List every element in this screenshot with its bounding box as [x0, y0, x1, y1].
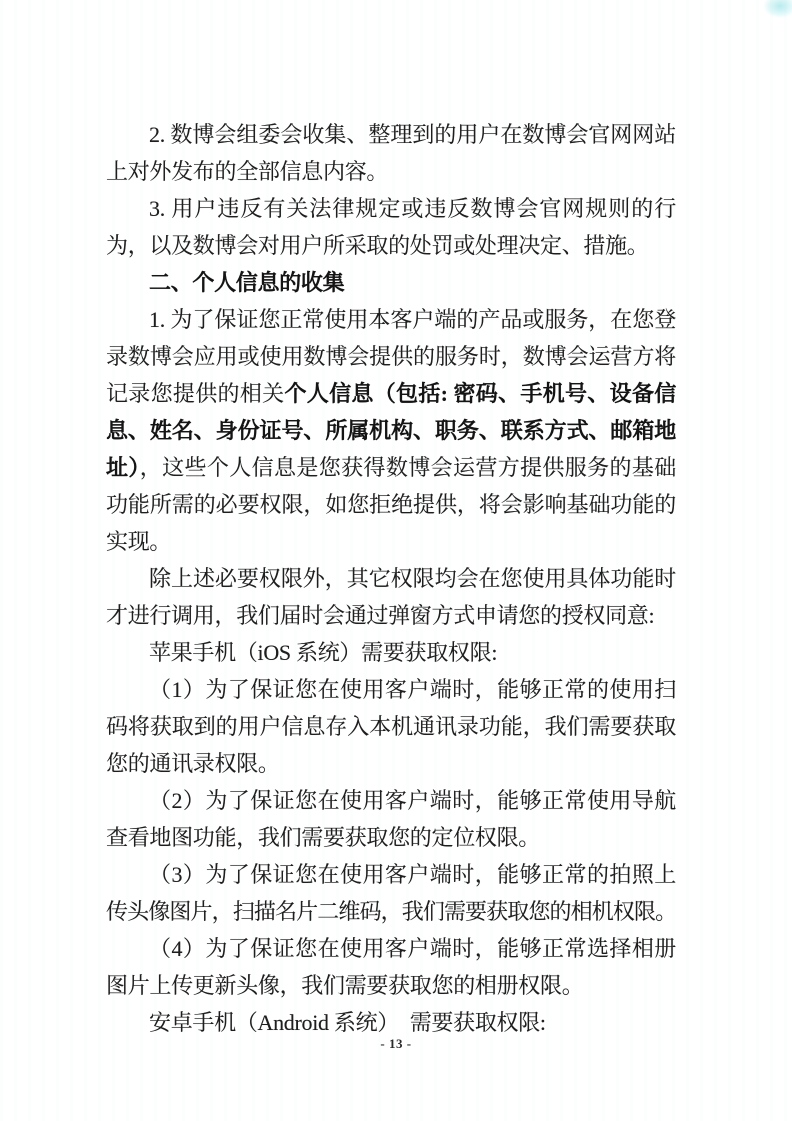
scan-artifact-speck	[486, 1016, 489, 1020]
text-segment: 息、姓名、身份证号、所属机构、职务、联系方式、邮箱地	[106, 418, 676, 443]
text-segment: ，这些个人信息是您获得数博会运营方提供服务的基础	[140, 455, 676, 480]
text-line: （4）为了保证您在使用客户端时，能够正常选择相册	[106, 930, 676, 967]
text-segment-bold: 址）	[106, 455, 140, 480]
document-page: 2. 数博会组委会收集、整理到的用户在数博会官网网站 上对外发布的全部信息内容。…	[0, 0, 792, 1121]
text-segment: （2）为了保证您在使用客户端时，能够正常使用导航	[149, 788, 676, 813]
text-line: 为，以及数博会对用户所采取的处罚或处理决定、措施。	[106, 227, 676, 264]
text-line: 码将获取到的用户信息存入本机通讯录功能，我们需要获取	[106, 708, 676, 745]
text-line: 图片上传更新头像，我们需要获取您的相册权限。	[106, 967, 676, 1004]
text-segment: 记录您提供的相关	[106, 381, 284, 406]
document-body: 2. 数博会组委会收集、整理到的用户在数博会官网网站 上对外发布的全部信息内容。…	[106, 116, 676, 1041]
text-segment: （4）为了保证您在使用客户端时，能够正常选择相册	[149, 936, 676, 961]
text-line: 才进行调用，我们届时会通过弹窗方式申请您的授权同意:	[106, 597, 676, 634]
text-line: 功能所需的必要权限，如您拒绝提供，将会影响基础功能的	[106, 486, 676, 523]
text-segment: 安卓手机（Android 系统） 需要获取权限:	[149, 1010, 546, 1035]
text-segment: 除上述必要权限外，其它权限均会在您使用具体功能时	[149, 566, 676, 591]
text-segment: 苹果手机（iOS 系统）需要获取权限:	[149, 640, 497, 665]
text-line: 址），这些个人信息是您获得数博会运营方提供服务的基础	[106, 449, 676, 486]
scan-artifact-smudge	[759, 0, 792, 21]
text-segment: 2. 数博会组委会收集、整理到的用户在数博会官网网站	[149, 122, 676, 147]
text-segment: 上对外发布的全部信息内容。	[106, 159, 388, 184]
text-segment: 3. 用户违反有关法律规定或违反数博会官网规则的行	[149, 196, 676, 221]
text-line: 苹果手机（iOS 系统）需要获取权限:	[106, 634, 676, 671]
text-line: 实现。	[106, 523, 676, 560]
page-number: - 13 -	[0, 1036, 792, 1052]
text-line: 录数博会应用或使用数博会提供的服务时，数博会运营方将	[106, 338, 676, 375]
text-line: 息、姓名、身份证号、所属机构、职务、联系方式、邮箱地	[106, 412, 676, 449]
text-segment: 传头像图片，扫描名片二维码，我们需要获取您的相机权限。	[106, 899, 676, 924]
text-line: 上对外发布的全部信息内容。	[106, 153, 676, 190]
text-segment: 功能所需的必要权限，如您拒绝提供，将会影响基础功能的	[106, 492, 676, 517]
text-line: 记录您提供的相关个人信息（包括: 密码、手机号、设备信	[106, 375, 676, 412]
text-line: 您的通讯录权限。	[106, 745, 676, 782]
text-segment: 为，以及数博会对用户所采取的处罚或处理决定、措施。	[106, 233, 649, 258]
text-segment: 实现。	[106, 529, 171, 554]
text-line: 3. 用户违反有关法律规定或违反数博会官网规则的行	[106, 190, 676, 227]
text-line: （2）为了保证您在使用客户端时，能够正常使用导航	[106, 782, 676, 819]
text-segment: 码将获取到的用户信息存入本机通讯录功能，我们需要获取	[106, 714, 676, 739]
text-segment: 1. 为了保证您正常使用本客户端的产品或服务，在您登	[149, 307, 676, 332]
text-line: 2. 数博会组委会收集、整理到的用户在数博会官网网站	[106, 116, 676, 153]
text-line: 除上述必要权限外，其它权限均会在您使用具体功能时	[106, 560, 676, 597]
text-segment: 图片上传更新头像，我们需要获取您的相册权限。	[106, 973, 583, 998]
text-line: 查看地图功能，我们需要获取您的定位权限。	[106, 819, 676, 856]
text-segment: 录数博会应用或使用数博会提供的服务时，数博会运营方将	[106, 344, 676, 369]
text-line: 1. 为了保证您正常使用本客户端的产品或服务，在您登	[106, 301, 676, 338]
text-line: （1）为了保证您在使用客户端时，能够正常的使用扫	[106, 671, 676, 708]
text-segment: 您的通讯录权限。	[106, 751, 280, 776]
section-heading: 二、个人信息的收集	[106, 264, 676, 301]
text-segment: （3）为了保证您在使用客户端时，能够正常的拍照上	[149, 862, 676, 887]
text-segment: 查看地图功能，我们需要获取您的定位权限。	[106, 825, 540, 850]
text-line: 传头像图片，扫描名片二维码，我们需要获取您的相机权限。	[106, 893, 676, 930]
text-segment: 二、个人信息的收集	[149, 270, 344, 295]
text-segment: （1）为了保证您在使用客户端时，能够正常的使用扫	[149, 677, 676, 702]
text-segment: 才进行调用，我们届时会通过弹窗方式申请您的授权同意:	[106, 603, 654, 628]
text-line: （3）为了保证您在使用客户端时，能够正常的拍照上	[106, 856, 676, 893]
text-segment-bold: 个人信息（包括: 密码、手机号、设备信	[284, 381, 676, 406]
